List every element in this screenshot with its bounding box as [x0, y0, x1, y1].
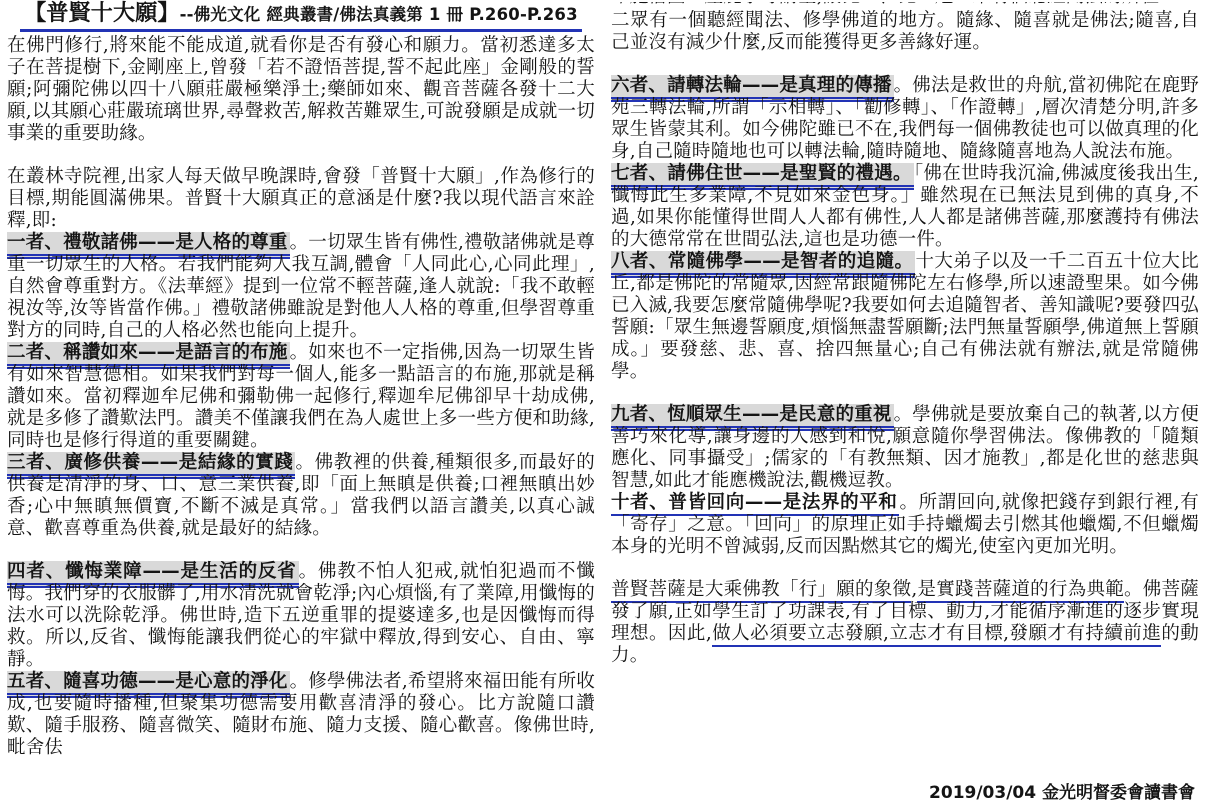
left-column-text: 在佛門修行,將來能不能成道,就看你是否有發心和願力。當初悉達多太子在菩提樹下,金… [7, 35, 595, 759]
section-block: 八者、常隨佛學——是智者的追隨。十大弟子以及一千二百五十位大比丘,都是佛陀的常隨… [611, 251, 1199, 383]
underlined-phrase: 普賢菩薩是大乘佛教「行」願的象徵 [611, 579, 911, 603]
section-block: 二者、稱讚如來——是語言的布施。如來也不一定指佛,因為一切眾生皆有如來智慧德相。… [7, 342, 595, 452]
paragraph-spacer [611, 558, 1199, 579]
section-block: 七者、請佛住世——是聖賢的禮遇。「佛在世時我沉淪,佛滅度後我出生,懺悔此生多業障… [611, 163, 1199, 251]
body-text: 在叢林寺院裡,出家人每天做早晚課時,會發「普賢十大願」,作為修行的目標,期能圓滿… [7, 166, 595, 231]
paragraph-spacer [611, 54, 1199, 75]
left-column: 【普賢十大願】--佛光文化 經典叢書/佛法真義第 1 冊 P.260-P.263… [7, 2, 595, 805]
underlined-phrase: 是實踐菩薩道的行為典範 [917, 579, 1124, 603]
paragraph-spacer [7, 540, 595, 561]
right-column: 布施僧團一座鹿子母講堂,讓比丘、比丘尼二眾有個聽經聞法的所在二眾有一個聽經聞法、… [611, 2, 1199, 805]
paragraph: 普賢菩薩是大乘佛教「行」願的象徵,是實踐菩薩道的行為典範。佛菩薩發了願,正如學生… [611, 579, 1199, 667]
section-block: 四者、懺悔業障——是生活的反省。佛教不怕人犯戒,就怕犯過而不懺悔。我們穿的衣服髒… [7, 561, 595, 671]
section-block: 五者、隨喜功德——是心意的淨化。修學佛法者,希望將來福田能有所收成,也要隨時播種… [7, 671, 595, 759]
paragraph-spacer [7, 145, 595, 166]
clipped-line-text: 布施僧團一座鹿子母講堂,讓比丘、比丘尼二眾有個聽經聞法的所在 [611, 2, 1199, 8]
clipped-top-line: 布施僧團一座鹿子母講堂,讓比丘、比丘尼二眾有個聽經聞法的所在 [611, 2, 1199, 10]
section-block: 九者、恆順眾生——是民意的重視。學佛就是要放棄自己的執著,以方便善巧來化導,讓身… [611, 404, 1199, 492]
paragraph: 二眾有一個聽經聞法、修學佛道的地方。隨緣、隨喜就是佛法;隨喜,自己並沒有減少什麼… [611, 10, 1199, 54]
section-block: 三者、廣修供養——是結緣的實踐。佛教裡的供養,種類很多,而最好的供養是清淨的身、… [7, 452, 595, 540]
section-block: 一者、禮敬諸佛——是人格的尊重。一切眾生皆有佛性,禮敬諸佛就是尊重一切眾生的人格… [7, 232, 595, 342]
paragraph: 在叢林寺院裡,出家人每天做早晚課時,會發「普賢十大願」,作為修行的目標,期能圓滿… [7, 166, 595, 232]
section-heading: 十者、普皆回向——是法界的平和 [611, 492, 899, 516]
section-block: 十者、普皆回向——是法界的平和。所謂回向,就像把錢存到銀行裡,有「寄存」之意。「… [611, 492, 1199, 558]
document-title: 【普賢十大願】--佛光文化 經典叢書/佛法真義第 1 冊 P.260-P.263 [20, 2, 582, 32]
underlined-phrase: 做人必須要立志發願,立志才有目標,發願才有持續前進 [712, 623, 1161, 647]
document-page: 【普賢十大願】--佛光文化 經典叢書/佛法真義第 1 冊 P.260-P.263… [0, 0, 1205, 805]
body-text: 二眾有一個聽經聞法、修學佛道的地方。隨緣、隨喜就是佛法;隨喜,自己並沒有減少什麼… [611, 10, 1199, 53]
footer-credit: 2019/03/04 金光明督委會讀書會 [923, 778, 1195, 803]
title-text: 【普賢十大願】 [24, 1, 179, 26]
right-column-text: 布施僧團一座鹿子母講堂,讓比丘、比丘尼二眾有個聽經聞法的所在二眾有一個聽經聞法、… [611, 2, 1199, 667]
section-block: 六者、請轉法輪——是真理的傳播。佛法是救世的舟航,當初佛陀在鹿野苑三轉法輪,所謂… [611, 75, 1199, 163]
paragraph-spacer [611, 383, 1199, 404]
body-text: 在佛門修行,將來能不能成道,就看你是否有發心和願力。當初悉達多太子在菩提樹下,金… [7, 35, 595, 144]
title-source: --佛光文化 經典叢書/佛法真義第 1 冊 P.260-P.263 [180, 5, 578, 24]
paragraph: 在佛門修行,將來能不能成道,就看你是否有發心和願力。當初悉達多太子在菩提樹下,金… [7, 35, 595, 145]
